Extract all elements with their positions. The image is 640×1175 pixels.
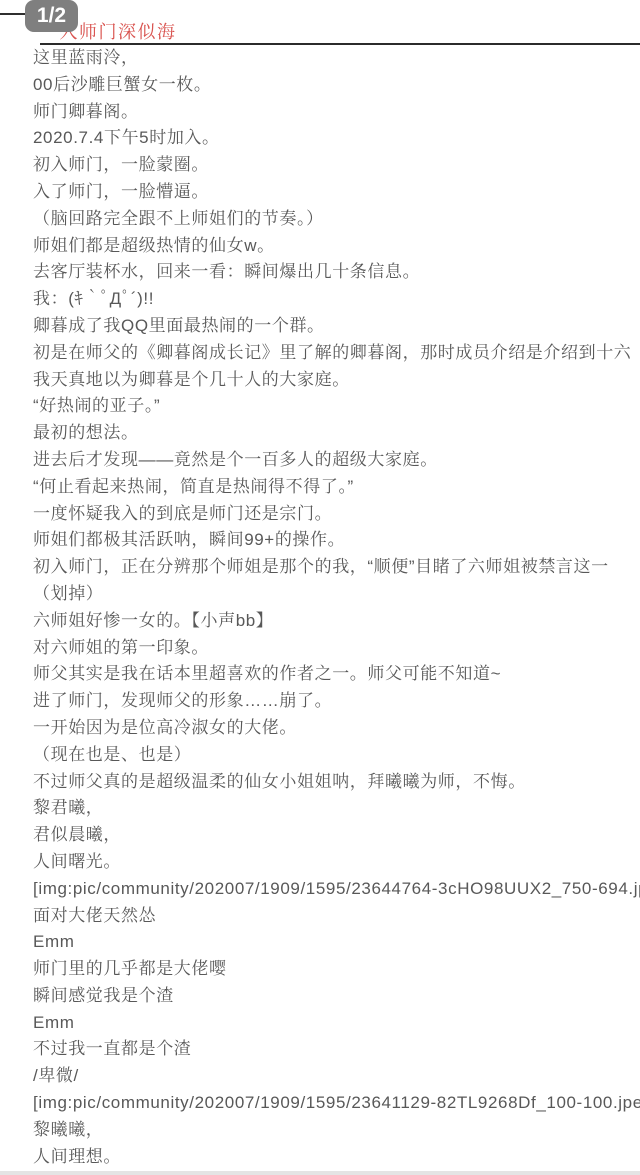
text-line: 六师姐好惨一女的。【小声bb】 (33, 608, 640, 635)
text-line: 不过我一直都是个渣 (33, 1036, 640, 1063)
text-line: 我天真地以为卿暮是个几十人的大家庭。 (33, 367, 640, 394)
text-line: 进了师门，发现师父的形象……崩了。 (33, 688, 640, 715)
text-line: 初入师门，正在分辨那个师姐是那个的我，“顺便”目睹了六师姐被禁言这一 (33, 554, 640, 581)
text-line: Emm (33, 929, 640, 956)
text-line: 师门里的几乎都是大佬嘤 (33, 956, 640, 983)
text-line: 师姐们都极其活跃呐，瞬间99+的操作。 (33, 527, 640, 554)
text-line: /卑微/ (33, 1063, 640, 1090)
text-line: 对六师姐的第一印象。 (33, 635, 640, 662)
text-line: 我：(ｷ｀ﾟДﾟ´)!! (33, 286, 640, 313)
text-line: （脑回路完全跟不上师姐们的节奏。） (33, 206, 640, 233)
text-line: 黎曦曦， (33, 1117, 640, 1144)
text-line: 师门卿暮阁。 (33, 99, 640, 126)
text-line: 师父其实是我在话本里超喜欢的作者之一。师父可能不知道~ (33, 661, 640, 688)
text-line: 不过师父真的是超级温柔的仙女小姐姐呐，拜曦曦为师，不悔。 (33, 769, 640, 796)
text-line: 人间理想。 (33, 1144, 640, 1171)
bottom-edge-strip (0, 1171, 640, 1175)
text-line: Emm (33, 1010, 640, 1037)
text-line: 去客厅装杯水，回来一看：瞬间爆出几十条信息。 (33, 259, 640, 286)
page-indicator-badge: 1/2 (25, 0, 78, 32)
text-line: 人间曙光。 (33, 849, 640, 876)
text-line: 初入师门，一脸蒙圈。 (33, 152, 640, 179)
text-line: 初是在师父的《卿暮阁成长记》里了解的卿暮阁，那时成员介绍是介绍到十六 (33, 340, 640, 367)
text-line: “何止看起来热闹，简直是热闹得不得了。” (33, 474, 640, 501)
text-line: 一开始因为是位高冷淑女的大佬。 (33, 715, 640, 742)
text-line: 2020.7.4下午5时加入。 (33, 125, 640, 152)
text-line: 入了师门，一脸懵逼。 (33, 179, 640, 206)
text-line: [img:pic/community/202007/1909/1595/2364… (33, 876, 640, 903)
page-indicator-label: 1/2 (37, 4, 66, 28)
text-line: 君似晨曦， (33, 822, 640, 849)
text-line: 面对大佬天然怂 (33, 903, 640, 930)
text-line: 这里蓝雨泠， (33, 45, 640, 72)
text-line: “好热闹的亚子。” (33, 393, 640, 420)
text-line: 卿暮成了我QQ里面最热闹的一个群。 (33, 313, 640, 340)
text-line: 一度怀疑我入的到底是师门还是宗门。 (33, 501, 640, 528)
text-line: （现在也是、也是） (33, 742, 640, 769)
text-line: 瞬间感觉我是个渣 (33, 983, 640, 1010)
text-line: 00后沙雕巨蟹女一枚。 (33, 72, 640, 99)
top-left-divider-line (0, 13, 28, 15)
text-line: 进去后才发现——竟然是个一百多人的超级大家庭。 (33, 447, 640, 474)
text-line: 最初的想法。 (33, 420, 640, 447)
post-body: 这里蓝雨泠，00后沙雕巨蟹女一枚。师门卿暮阁。2020.7.4下午5时加入。初入… (33, 45, 640, 1170)
text-line: 师姐们都是超级热情的仙女w。 (33, 233, 640, 260)
text-line: （划掉） (33, 581, 640, 608)
text-line: [img:pic/community/202007/1909/1595/2364… (33, 1090, 640, 1117)
text-line: 黎君曦， (33, 795, 640, 822)
